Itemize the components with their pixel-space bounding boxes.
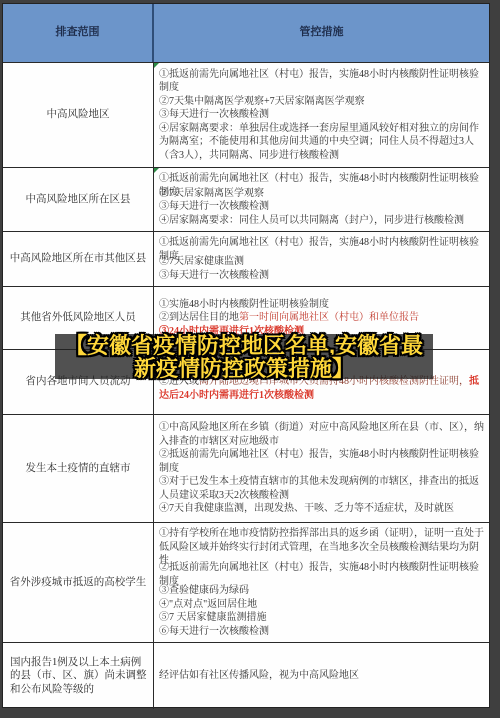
scope-cell: 中高风险地区	[3, 63, 154, 167]
measure-text-segment: ③每天进行一次核酸检测	[159, 109, 269, 120]
table-row: 国内报告1例及以上本土病例的县（市、区、旗）尚未调整和公布风险等级的经评估如有社…	[3, 643, 489, 709]
measure-text-segment: ①实施48小时内核酸阴性证明核验制度	[159, 299, 329, 310]
header-cell-measures: 管控措施	[154, 4, 489, 62]
table-header-row: 排查范围 管控措施	[3, 4, 489, 63]
measure-line: ④居家隔离要求：单独居住或选择一套房屋里通风较好相对独立的房间作为隔离室；不能使…	[159, 122, 487, 163]
measure-line: ③每天进行一次核酸检测	[159, 108, 487, 122]
measures-cell: ①中高风险地区所在乡镇（街道）对应中高风险地区所在县（市、区），纳入排查的市辖区…	[154, 415, 489, 522]
measure-line: ②7天居家隔离医学观察	[159, 187, 487, 201]
measures-cell: ①抵返前需先向属地社区（村屯）报告，实施48小时内核酸阴性证明核验制度②7天居家…	[154, 168, 489, 231]
measure-line: 经评估如有社区传播风险，视为中高风险地区	[159, 669, 487, 683]
measure-text-segment: ④7天自我健康监测，出现发热、干咳、乏力等不适症状，及时就医	[159, 503, 454, 514]
scope-cell: 国内报告1例及以上本土病例的县（市、区、旗）尚未调整和公布风险等级的	[3, 643, 154, 709]
table-body: 中高风险地区①抵返前需先向属地社区（村屯）报告，实施48小时内核酸阴性证明核验制…	[3, 63, 489, 709]
table-row: 中高风险地区所在区县①抵返前需先向属地社区（村屯）报告，实施48小时内核酸阴性证…	[3, 168, 489, 232]
scope-cell: 中高风险地区所在市其他区县	[3, 232, 154, 286]
watermark-caption: 【安徽省疫情防控地区名单,安徽省最 新疫情防控政策措施】	[55, 334, 433, 379]
measure-line: ②到达居住目的地第一时间向属地社区（村屯）和单位报告	[159, 311, 487, 325]
cell-comment-marker-icon	[154, 63, 159, 68]
measures-cell: ①抵返前需先向属地社区（村屯）报告，实施48小时内核酸阴性证明核验制度②7天集中…	[154, 63, 489, 167]
measure-text-segment: ③每天进行一次核酸检测	[159, 201, 269, 212]
cell-comment-marker-icon	[154, 168, 159, 173]
scope-cell: 省外涉疫城市抵返的高校学生	[3, 523, 154, 642]
page-frame: 排查范围 管控措施 中高风险地区①抵返前需先向属地社区（村屯）报告，实施48小时…	[0, 0, 500, 718]
measure-line: ③每天进行一次核酸检测	[159, 269, 487, 283]
measure-text-segment: ⑥每天进行一次核酸检测	[159, 626, 269, 637]
table-row: 中高风险地区①抵返前需先向属地社区（村屯）报告，实施48小时内核酸阴性证明核验制…	[3, 63, 489, 168]
measure-line: ⑥每天进行一次核酸检测	[159, 625, 487, 639]
measure-line: ①持有学校所在地市疫情防控指挥部出具的返乡函（证明），证明一直处于低风险区域并始…	[159, 527, 487, 561]
measure-text-segment: ②7天居家健康监测	[159, 256, 244, 267]
measure-line: ②7天集中隔离医学观察+7天居家隔离医学观察	[159, 95, 487, 109]
measure-text-segment: ⑤7 天居家健康监测措施	[159, 612, 267, 623]
measure-line: ③对于已发生本土疫情直辖市的其他未发现病例的市辖区，排查出的抵返人员建议采取3天…	[159, 475, 487, 502]
scope-cell: 中高风险地区所在区县	[3, 168, 154, 231]
measure-text-segment: ②到达居住目的地	[159, 312, 239, 323]
measure-line: ⑤7 天居家健康监测措施	[159, 611, 487, 625]
measure-text-segment: ④"点对点"返回居住地	[159, 599, 257, 610]
measure-text-segment: 经评估如有社区传播风险，视为中高风险地区	[159, 670, 359, 681]
measure-text-segment: ①抵返前需先向属地社区（村屯）报告，实施48小时内核酸阴性证明核验制度	[159, 69, 479, 94]
measure-line: ③查验健康码为绿码	[159, 584, 487, 598]
measure-text-segment: ④居家隔离要求：同住人员可以共同隔离（封户），同步进行核酸检测	[159, 215, 464, 226]
measure-text-segment: ③对于已发生本土疫情直辖市的其他未发现病例的市辖区，排查出的抵返人员建议采取3天…	[159, 476, 479, 501]
measure-text-segment: ③查验健康码为绿码	[159, 585, 249, 596]
measure-line: ④"点对点"返回居住地	[159, 598, 487, 612]
measure-line: ①中高风险地区所在乡镇（街道）对应中高风险地区所在县（市、区），纳入排查的市辖区…	[159, 421, 487, 448]
measure-line: ④居家隔离要求：同住人员可以共同隔离（封户），同步进行核酸检测	[159, 214, 487, 228]
measure-text-segment: ③每天进行一次核酸检测	[159, 270, 269, 281]
table-row: 中高风险地区所在市其他区县①抵返前需先向属地社区（村屯）报告，实施48小时内核酸…	[3, 232, 489, 287]
watermark-caption-line-1: 【安徽省疫情防控地区名单,安徽省最	[65, 334, 423, 357]
scope-cell: 发生本土疫情的直辖市	[3, 415, 154, 522]
measure-line: ②抵返前需先向属地社区（村屯）报告，实施48小时内核酸阴性证明核验制度	[159, 448, 487, 475]
measure-text-segment: ②7天集中隔离医学观察+7天居家隔离医学观察	[159, 96, 365, 107]
measure-text-segment: 第一时间向属地社区（村屯）和单位报告	[239, 312, 419, 323]
measure-line: ①实施48小时内核酸阴性证明核验制度	[159, 298, 487, 312]
measures-cell: ①持有学校所在地市疫情防控指挥部出具的返乡函（证明），证明一直处于低风险区域并始…	[154, 523, 489, 642]
measures-cell: ①抵返前需先向属地社区（村屯）报告，实施48小时内核酸阴性证明核验制度②7天居家…	[154, 232, 489, 286]
measure-line: ②7天居家健康监测	[159, 255, 487, 269]
measure-line: ③每天进行一次核酸检测	[159, 200, 487, 214]
table-row: 省外涉疫城市抵返的高校学生①持有学校所在地市疫情防控指挥部出具的返乡函（证明），…	[3, 523, 489, 643]
measures-cell: 经评估如有社区传播风险，视为中高风险地区	[154, 643, 489, 709]
measure-text-segment: ②抵返前需先向属地社区（村屯）报告，实施48小时内核酸阴性证明核验制度	[159, 449, 479, 474]
measure-text-segment: ②7天居家隔离医学观察	[159, 188, 264, 199]
measure-line: ②抵返前需先向属地社区（村屯）报告，实施48小时内核酸阴性证明核验制度	[159, 561, 487, 584]
measure-text-segment: ④居家隔离要求：单独居住或选择一套房屋里通风较好相对独立的房间作为隔离室；不能使…	[159, 123, 479, 161]
measure-line: ①抵返前需先向属地社区（村屯）报告，实施48小时内核酸阴性证明核验制度	[159, 236, 487, 255]
measure-line: ①抵返前需先向属地社区（村屯）报告，实施48小时内核酸阴性证明核验制度	[159, 68, 487, 95]
header-cell-scope: 排查范围	[3, 4, 154, 62]
measure-line: ④7天自我健康监测，出现发热、干咳、乏力等不适症状，及时就医	[159, 502, 487, 516]
measure-line: ①抵返前需先向属地社区（村屯）报告，实施48小时内核酸阴性证明核验制度	[159, 172, 487, 187]
table-row: 发生本土疫情的直辖市①中高风险地区所在乡镇（街道）对应中高风险地区所在县（市、区…	[3, 415, 489, 523]
measure-text-segment: ①中高风险地区所在乡镇（街道）对应中高风险地区所在县（市、区），纳入排查的市辖区…	[159, 422, 484, 447]
watermark-caption-line-2: 新疫情防控政策措施】	[134, 357, 354, 380]
